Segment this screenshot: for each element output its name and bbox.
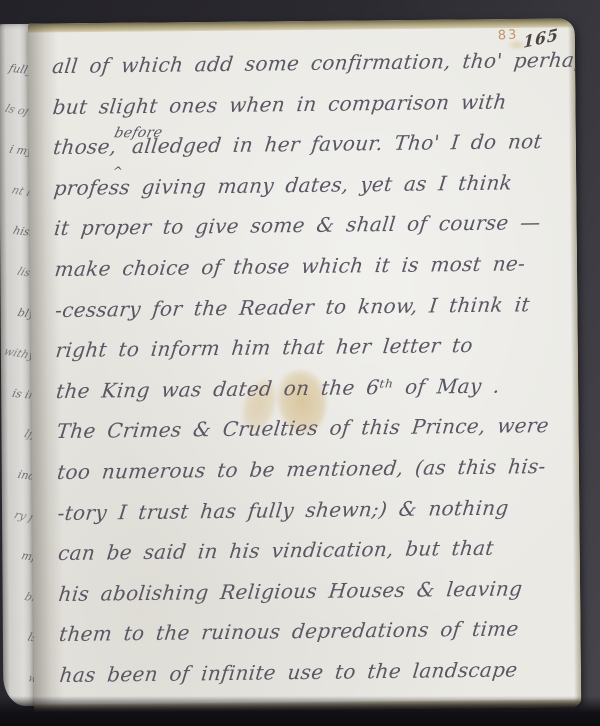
handwritten-text: all of which add some confirmation, tho'… [52,40,572,699]
backdrop-shadow [0,696,600,726]
manuscript-line: has been of infinite use to the landscap… [60,649,572,696]
manuscript-line: -tory I trust has fully shewn;) & nothin… [58,486,570,533]
line-text: them to the ruinous depredations of time [57,609,521,655]
line-text: -tory I trust has fully shewn;) & nothin… [56,487,511,533]
manuscript-line: can be said in his vindication, but that [58,527,570,574]
line-text: can be said in his vindication, but that [56,528,496,574]
manuscript-line: the King was dated on the 6ᵗʰ of May . [56,365,568,412]
manuscript-line: but slight ones when in comparison with [53,80,565,127]
manuscript-line: -cessary for the Reader to know, I think… [55,283,567,330]
manuscript-line: it proper to give some & shall of course… [54,202,566,249]
line-text: those, [51,126,119,167]
manuscript-line: his abolishing Religious Houses & leavin… [59,568,571,615]
line-text: his abolishing Religious Houses & leavin… [57,568,525,614]
line-text: profess giving many dates, yet as I thin… [52,162,515,208]
line-text: all of which add some confirmation, tho'… [50,39,581,86]
manuscript-page: 83 165 all of which add some confirmatio… [28,18,582,712]
page-top-edge [28,18,575,32]
line-text: -cessary for the Reader to know, I think… [53,284,532,330]
line-text: the King was dated on the 6ᵗʰ of May . [54,365,502,411]
line-text: make choice of those which it is most ne… [53,243,528,289]
line-text: too numerous to be mentioned, (as this h… [55,446,548,493]
manuscript-photo: fully ls oft i my nt li hist list bly wi… [0,0,600,726]
manuscript-line: all of which add some confirmation, tho'… [52,40,564,87]
manuscript-line: them to the ruinous depredations of time [59,608,571,655]
manuscript-line: too numerous to be mentioned, (as this h… [57,446,569,493]
line-text: right to inform him that her letter to [54,325,476,371]
line-text: has been of infinite use to the landscap… [58,649,520,695]
manuscript-line: make choice of those which it is most ne… [55,243,567,290]
interlinear-insertion: before^ [117,152,127,153]
manuscript-line: those,before^alledged in her favour. Tho… [53,121,565,168]
line-text: alledged in her favour. Tho' I do not [130,121,544,167]
line-text: it proper to give some & shall of course… [52,202,543,249]
manuscript-line: The Crimes & Cruelties of this Prince, w… [57,405,569,452]
line-text: but slight ones when in comparison with [51,81,509,127]
manuscript-line: right to inform him that her letter to [56,324,568,371]
manuscript-line: profess giving many dates, yet as I thin… [54,162,566,209]
line-text: The Crimes & Cruelties of this Prince, w… [55,405,552,452]
